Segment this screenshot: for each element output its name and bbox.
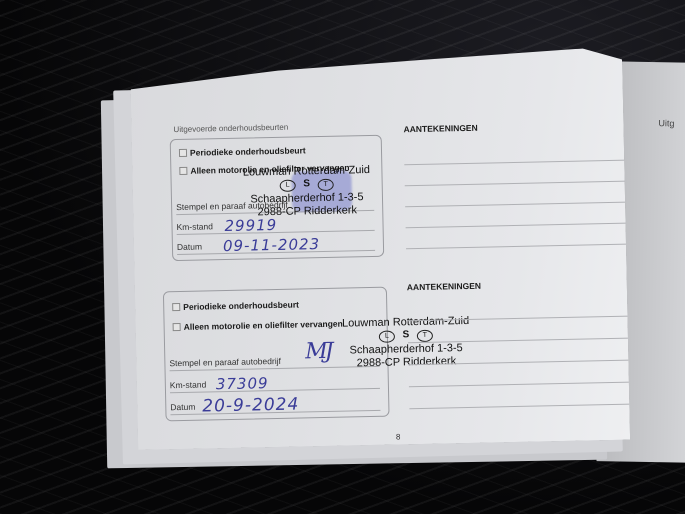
checkbox[interactable]: [179, 149, 187, 157]
lexus-logo-icon: L: [280, 180, 296, 192]
suzuki-logo-icon: S: [300, 179, 314, 189]
note-line: [405, 180, 645, 186]
signature: MJ: [305, 339, 331, 365]
date-value: 09-11-2023: [223, 235, 321, 255]
page-number: 8: [396, 432, 401, 441]
option-periodic[interactable]: Periodieke onderhoudsbeurt: [172, 300, 299, 313]
checkbox[interactable]: [172, 303, 180, 311]
lexus-logo-icon: L: [379, 331, 395, 343]
notes-title: AANTEKENINGEN: [403, 123, 477, 135]
note-line: [406, 243, 646, 249]
maintenance-entry: Periodieke onderhoudsbeurt Alleen motoro…: [170, 135, 385, 261]
km-field: Km-stand: [170, 374, 380, 393]
section-title: Uitgevoerde onderhoudsbeurten: [173, 123, 288, 134]
date-value: 20-9-2024: [202, 395, 299, 417]
dealer-stamp: Louwman Rotterdam-Zuid L S T Schaapherde…: [231, 164, 382, 220]
notes-title: AANTEKENINGEN: [407, 281, 481, 293]
note-line: [409, 403, 649, 409]
note-line: [404, 159, 644, 165]
checkbox[interactable]: [173, 323, 181, 331]
option-oil-only[interactable]: Alleen motorolie en oliefilter vervangen: [173, 319, 343, 333]
toyota-logo-icon: T: [318, 179, 334, 191]
note-line: [409, 381, 649, 387]
checkbox[interactable]: [179, 167, 187, 175]
km-value: 37309: [216, 374, 269, 393]
option-periodic[interactable]: Periodieke onderhoudsbeurt: [179, 145, 306, 158]
suzuki-logo-icon: S: [399, 330, 413, 340]
right-page-heading: Uitg: [658, 118, 674, 128]
booklet-page: Uitgevoerde onderhoudsbeurten Periodieke…: [130, 48, 630, 450]
toyota-logo-icon: T: [417, 330, 433, 342]
note-line: [406, 222, 646, 228]
note-line: [405, 201, 645, 207]
